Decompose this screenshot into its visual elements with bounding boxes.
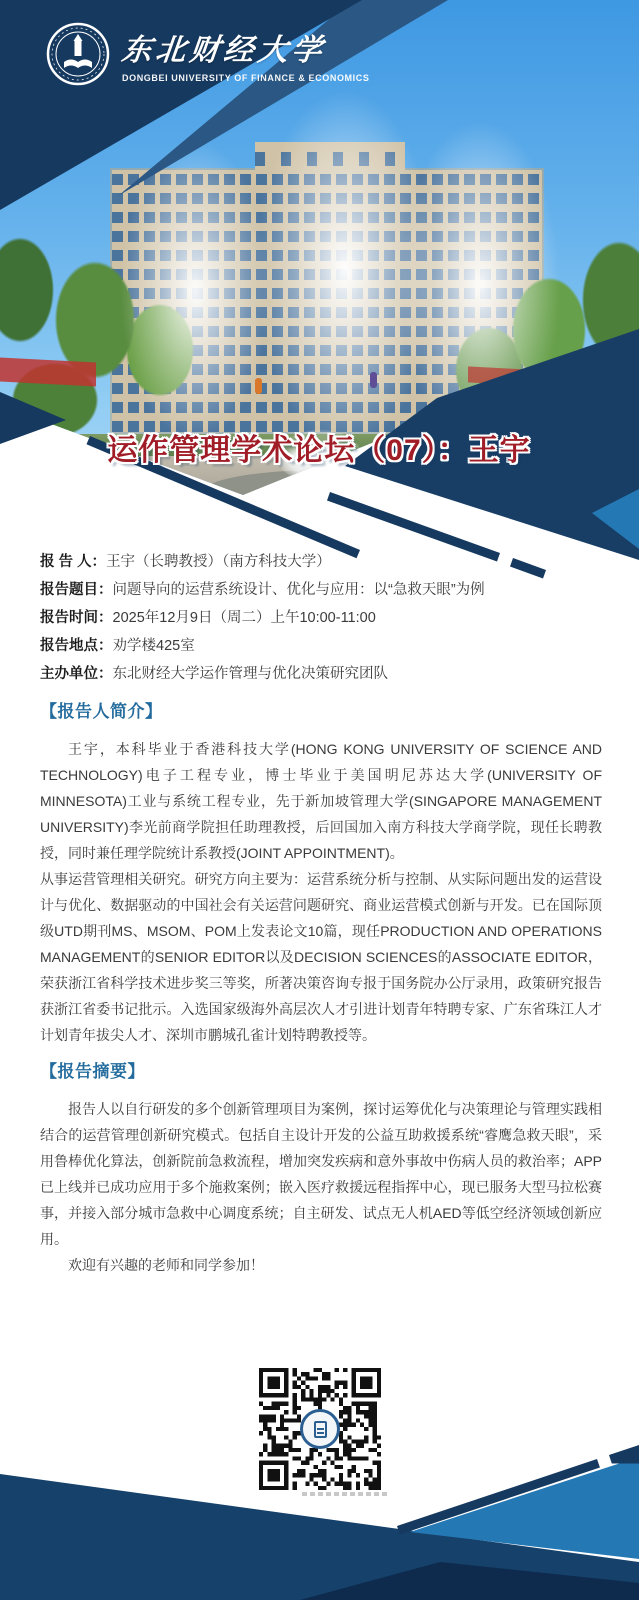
forum-poster: 东北财经大学 DONGBEI UNIVERSITY OF FINANCE & E… — [0, 0, 639, 1600]
info-row-speaker: 报 告 人：王宇（长聘教授）（南方科技大学） — [40, 548, 602, 576]
university-logo: 东北财经大学 DONGBEI UNIVERSITY OF FINANCE & E… — [46, 22, 369, 86]
info-row-topic: 报告题目：问题导向的运营系统设计、优化与应用：以“急救天眼”为例 — [40, 576, 602, 604]
qr-code — [256, 1368, 384, 1490]
bio-paragraph-1: 王宇，本科毕业于香港科技大学(HONG KONG UNIVERSITY OF S… — [40, 736, 602, 866]
section-heading-abstract: 【报告摘要】 — [40, 1060, 602, 1084]
poster-body: 报 告 人：王宇（长聘教授）（南方科技大学） 报告题目：问题导向的运营系统设计、… — [40, 548, 602, 1278]
bio-paragraph-2: 从事运营管理相关研究。研究方向主要为：运营系统分析与控制、从实际问题出发的运营设… — [40, 866, 602, 1048]
university-name: 东北财经大学 DONGBEI UNIVERSITY OF FINANCE & E… — [122, 25, 369, 83]
qr-center-seal-icon — [300, 1409, 340, 1449]
pedestrian — [370, 372, 377, 388]
abstract-paragraph: 报告人以自行研发的多个创新管理项目为案例，探讨运筹优化与决策理论与管理实践相结合… — [40, 1096, 602, 1252]
info-label: 报告时间： — [40, 610, 113, 626]
info-value: 王宇（长聘教授）（南方科技大学） — [106, 554, 331, 570]
info-label: 报告题目： — [40, 582, 113, 598]
info-value: 东北财经大学运作管理与优化决策研究团队 — [113, 666, 389, 682]
fountain-spray — [120, 140, 270, 440]
fountain-spray — [400, 120, 560, 450]
university-name-cn: 东北财经大学 — [120, 25, 372, 69]
forum-title: 运作管理学术论坛（07）：王宇 — [28, 425, 610, 469]
qr-caption-smallprint — [302, 1492, 390, 1496]
info-row-host: 主办单位：东北财经大学运作管理与优化决策研究团队 — [40, 660, 602, 688]
info-value: 问题导向的运营系统设计、优化与应用：以“急救天眼”为例 — [113, 582, 485, 598]
section-heading-bio: 【报告人简介】 — [40, 700, 602, 724]
info-value: 劝学楼425室 — [113, 638, 195, 654]
university-seal-icon — [46, 22, 110, 86]
pedestrian — [255, 378, 262, 394]
qr-seal-glyph — [314, 1421, 327, 1438]
info-label: 报 告 人： — [40, 554, 106, 570]
welcome-line: 欢迎有兴趣的老师和同学参加！ — [40, 1252, 602, 1278]
info-row-time: 报告时间：2025年12月9日（周二）上午10:00-11:00 — [40, 604, 602, 632]
talk-info: 报 告 人：王宇（长聘教授）（南方科技大学） 报告题目：问题导向的运营系统设计、… — [40, 548, 602, 688]
info-row-venue: 报告地点：劝学楼425室 — [40, 632, 602, 660]
red-banner — [468, 366, 528, 385]
info-label: 主办单位： — [40, 666, 113, 682]
university-name-en: DONGBEI UNIVERSITY OF FINANCE & ECONOMIC… — [122, 73, 369, 83]
red-banner — [0, 357, 96, 386]
info-label: 报告地点： — [40, 638, 113, 654]
info-value: 2025年12月9日（周二）上午10:00-11:00 — [113, 610, 376, 626]
